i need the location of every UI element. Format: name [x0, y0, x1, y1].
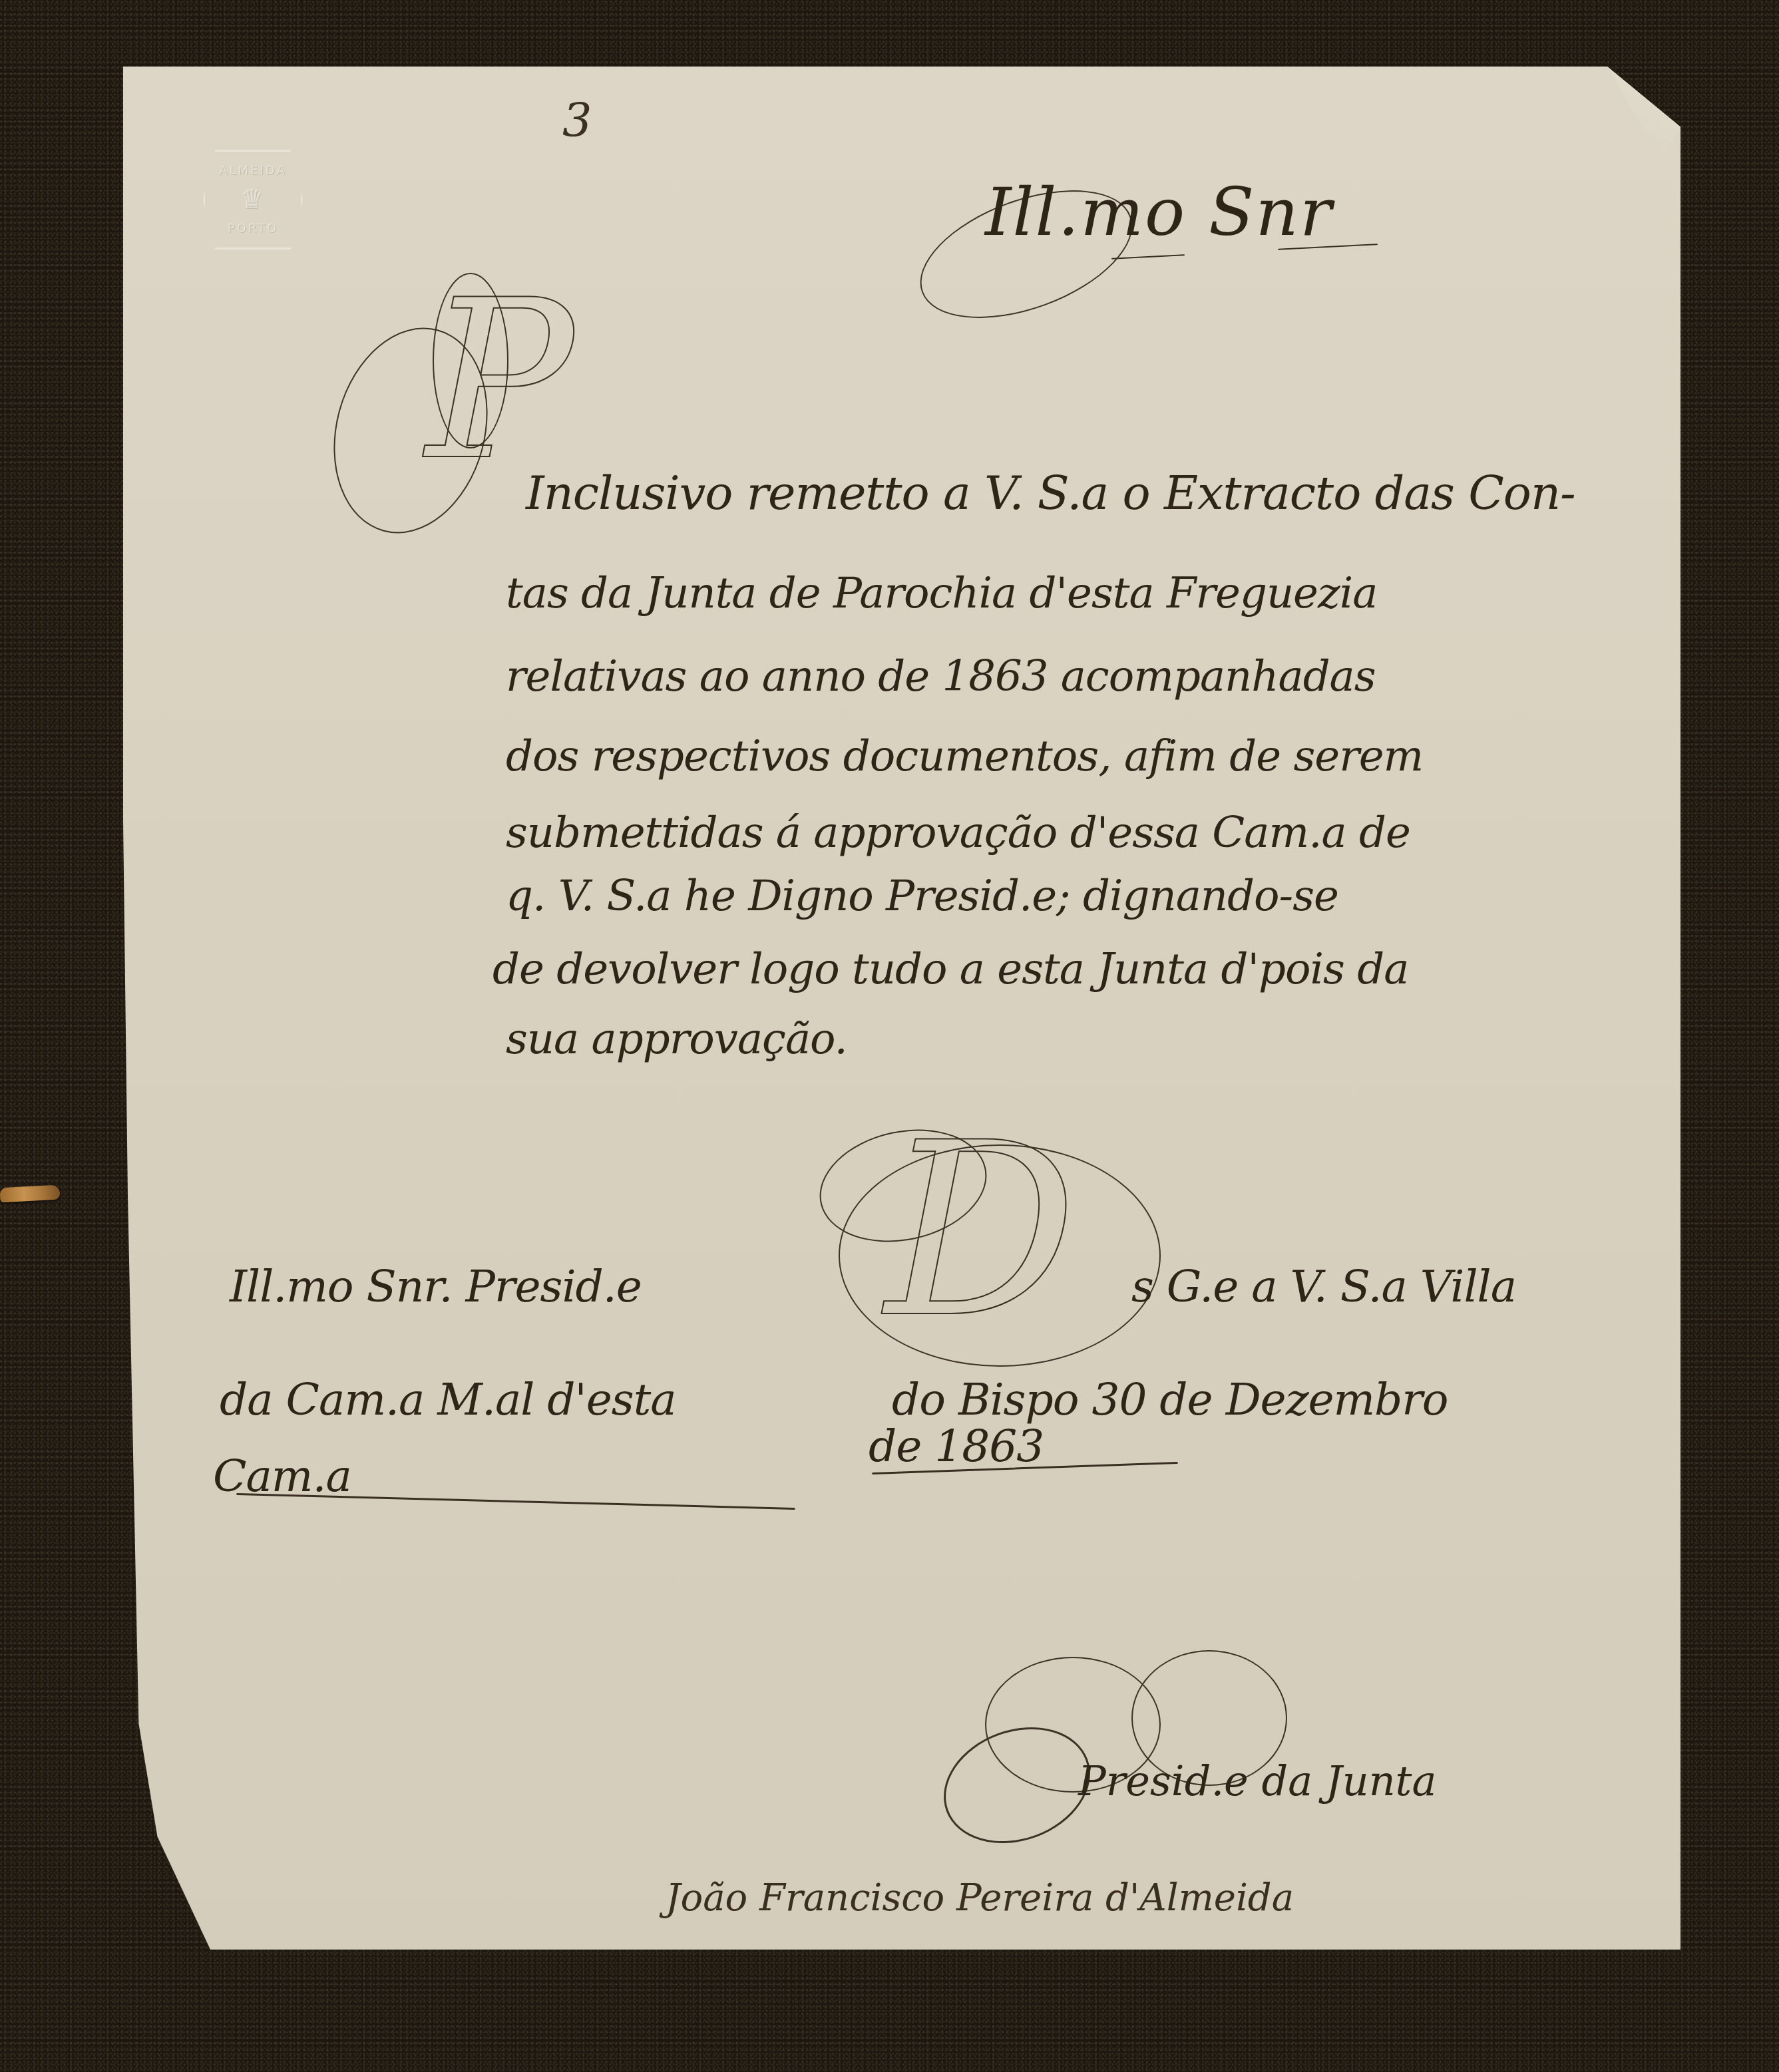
- body-line-4: dos respectivos documentos, afim de sere…: [506, 732, 1423, 781]
- body-line-3: relativas ao anno de 1863 acompanhadas: [506, 652, 1376, 701]
- stamp-bottom-text: PORTO: [205, 222, 301, 236]
- stamp-top-text: ALMEIDA: [205, 164, 301, 178]
- manuscript-page: [123, 67, 1680, 1950]
- salutation: Ill.mo Snr: [985, 173, 1333, 251]
- page-number: 3: [562, 93, 592, 148]
- signature-title: Presid.e da Junta: [1078, 1757, 1436, 1805]
- embossed-stamp: ALMEIDA ♛ PORTO: [203, 150, 303, 250]
- closing-line-2-right: do Bispo 30 de Dezembro: [892, 1374, 1448, 1425]
- signatory-name: João Francisco Pereira d'Almeida: [666, 1876, 1294, 1920]
- body-line-7: de devolver logo tudo a esta Junta d'poi…: [493, 945, 1408, 994]
- body-line-5: submettidas á approvação d'essa Cam.a de: [506, 808, 1410, 858]
- body-line-2: tas da Junta de Parochia d'esta Freguezi…: [506, 569, 1377, 618]
- closing-line-1-right: s G.e a V. S.a Villa: [1131, 1261, 1516, 1312]
- closing-line-3-right: de 1863: [869, 1421, 1044, 1472]
- closing-line-2-left: da Cam.a M.al d'esta: [220, 1374, 676, 1425]
- body-line-8: sua approvação.: [506, 1015, 847, 1064]
- crown-icon: ♛: [205, 186, 301, 213]
- body-line-6: q. V. S.a he Digno Presid.e; dignando-se: [506, 872, 1338, 921]
- binding-thread: [0, 1185, 61, 1203]
- closing-initial: D: [885, 1091, 1078, 1370]
- body-line-1: Inclusivo remetto a V. S.a o Extracto da…: [526, 466, 1575, 520]
- closing-line-1-left: Ill.mo Snr. Presid.e: [230, 1261, 642, 1312]
